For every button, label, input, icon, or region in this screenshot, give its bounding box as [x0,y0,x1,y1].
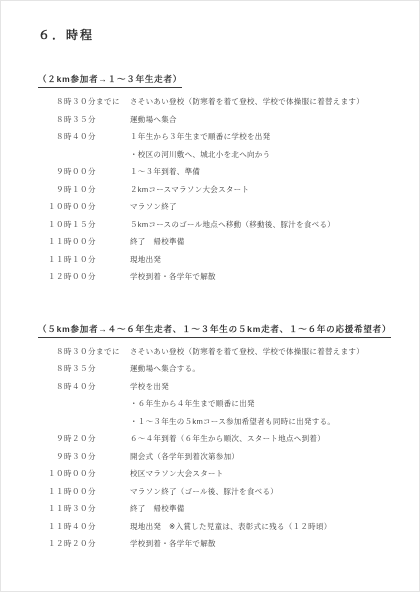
schedule-desc: マラソン終了 [130,201,406,212]
schedule-desc: ・校区の河川敷へ、城北小を北へ向かう [130,149,406,160]
schedule-row: ・１～３年生の５kmコース参加希望者も同時に出発する。 [38,416,406,434]
schedule-desc: ６～４年到着（６年生から順次、スタート地点へ到着） [130,433,406,444]
section-2km-rows: ８時３０分までにさそいあい登校（防寒着を着て登校、学校で体操服に着替えます） ８… [38,96,406,289]
schedule-row: ９時２０分６～４年到着（６年生から順次、スタート地点へ到着） [38,433,406,451]
schedule-time: １１時００分 [48,486,130,497]
schedule-desc: 運動場へ集合 [130,114,406,125]
schedule-row: ８時３０分までにさそいあい登校（防寒着を着て登校、学校で体操服に着替えます） [38,346,406,364]
section-5km-heading: （５km参加者→４～６年生走者、１～３年生の５km走者、１～６年の応援希望者） [38,323,391,338]
schedule-row: ９時３０分開会式（各学年到着次第参加） [38,451,406,469]
schedule-time: ８時３０分までに [48,346,130,357]
schedule-time: ９時００分 [48,166,130,177]
schedule-desc: 学校到着・各学年で解散 [130,271,406,282]
schedule-time: ８時３０分までに [48,96,130,107]
document-title: ６．時程 [38,26,406,43]
schedule-desc: 運動場へ集合する。 [130,363,406,374]
schedule-row: １０時００分マラソン終了 [38,201,406,219]
schedule-time: ８時３５分 [48,363,130,374]
schedule-desc: ５kmコースのゴール地点へ移動（移動後、豚汁を食べる） [130,219,406,230]
schedule-row: ８時３５分運動場へ集合する。 [38,363,406,381]
schedule-time: １０時１５分 [48,219,130,230]
schedule-desc: 現地出発 [130,254,406,265]
schedule-time: ８時４０分 [48,131,130,142]
schedule-row: １１時４０分現地出発 ※入賞した児童は、表彰式に残る（１２時頃） [38,521,406,539]
schedule-desc: 開会式（各学年到着次第参加） [130,451,406,462]
schedule-time: ９時３０分 [48,451,130,462]
schedule-time: ９時１０分 [48,184,130,195]
schedule-desc: １～３年到着、準備 [130,166,406,177]
section-2km: （２km参加者→１～３年生走者） ８時３０分までにさそいあい登校（防寒着を着て登… [38,69,406,289]
schedule-time: １２時２０分 [48,538,130,549]
schedule-time: １０時００分 [48,468,130,479]
schedule-desc: １年生から３年生まで順番に学校を出発 [130,131,406,142]
schedule-row: １１時１０分現地出発 [38,254,406,272]
schedule-desc: マラソン終了（ゴール後、豚汁を食べる） [130,486,406,497]
schedule-row: ８時４０分１年生から３年生まで順番に学校を出発 [38,131,406,149]
schedule-desc: 終了 帰校準備 [130,236,406,247]
schedule-row: ・校区の河川敷へ、城北小を北へ向かう [38,149,406,167]
section-2km-heading: （２km参加者→１～３年生走者） [38,73,182,88]
schedule-desc: ・６年生から４年生まで順番に出発 [130,398,406,409]
document-page: { "page": { "title": "６．時程", "sections":… [0,0,420,592]
schedule-row: １０時１５分５kmコースのゴール地点へ移動（移動後、豚汁を食べる） [38,219,406,237]
schedule-time: １１時３０分 [48,503,130,514]
schedule-time: １１時００分 [48,236,130,247]
section-5km-rows: ８時３０分までにさそいあい登校（防寒着を着て登校、学校で体操服に着替えます） ８… [38,346,406,556]
schedule-row: ９時１０分２kmコースマラソン大会スタート [38,184,406,202]
schedule-time: １０時００分 [48,201,130,212]
schedule-desc: 学校到着・各学年で解散 [130,538,406,549]
section-5km: （５km参加者→４～６年生走者、１～３年生の５km走者、１～６年の応援希望者） … [38,319,406,556]
schedule-desc: 学校を出発 [130,381,406,392]
schedule-row: ９時００分１～３年到着、準備 [38,166,406,184]
schedule-time: １１時１０分 [48,254,130,265]
schedule-desc: 現地出発 ※入賞した児童は、表彰式に残る（１２時頃） [130,521,406,532]
schedule-row: ８時４０分学校を出発 [38,381,406,399]
schedule-row: １２時００分学校到着・各学年で解散 [38,271,406,289]
schedule-row: １０時００分校区マラソン大会スタート [38,468,406,486]
schedule-desc: ・１～３年生の５kmコース参加希望者も同時に出発する。 [130,416,406,427]
schedule-time: １２時００分 [48,271,130,282]
schedule-row: １１時００分終了 帰校準備 [38,236,406,254]
schedule-desc: ２kmコースマラソン大会スタート [130,184,406,195]
schedule-row: １１時３０分終了 帰校準備 [38,503,406,521]
schedule-row: ８時３０分までにさそいあい登校（防寒着を着て登校、学校で体操服に着替えます） [38,96,406,114]
schedule-desc: さそいあい登校（防寒着を着て登校、学校で体操服に着替えます） [130,346,406,357]
schedule-desc: 校区マラソン大会スタート [130,468,406,479]
schedule-time: ８時３５分 [48,114,130,125]
schedule-time: １１時４０分 [48,521,130,532]
schedule-time: ９時２０分 [48,433,130,444]
schedule-row: ８時３５分運動場へ集合 [38,114,406,132]
schedule-row: １１時００分マラソン終了（ゴール後、豚汁を食べる） [38,486,406,504]
schedule-row: ・６年生から４年生まで順番に出発 [38,398,406,416]
schedule-time: ８時４０分 [48,381,130,392]
schedule-row: １２時２０分学校到着・各学年で解散 [38,538,406,556]
schedule-desc: さそいあい登校（防寒着を着て登校、学校で体操服に着替えます） [130,96,406,107]
schedule-desc: 終了 帰校準備 [130,503,406,514]
